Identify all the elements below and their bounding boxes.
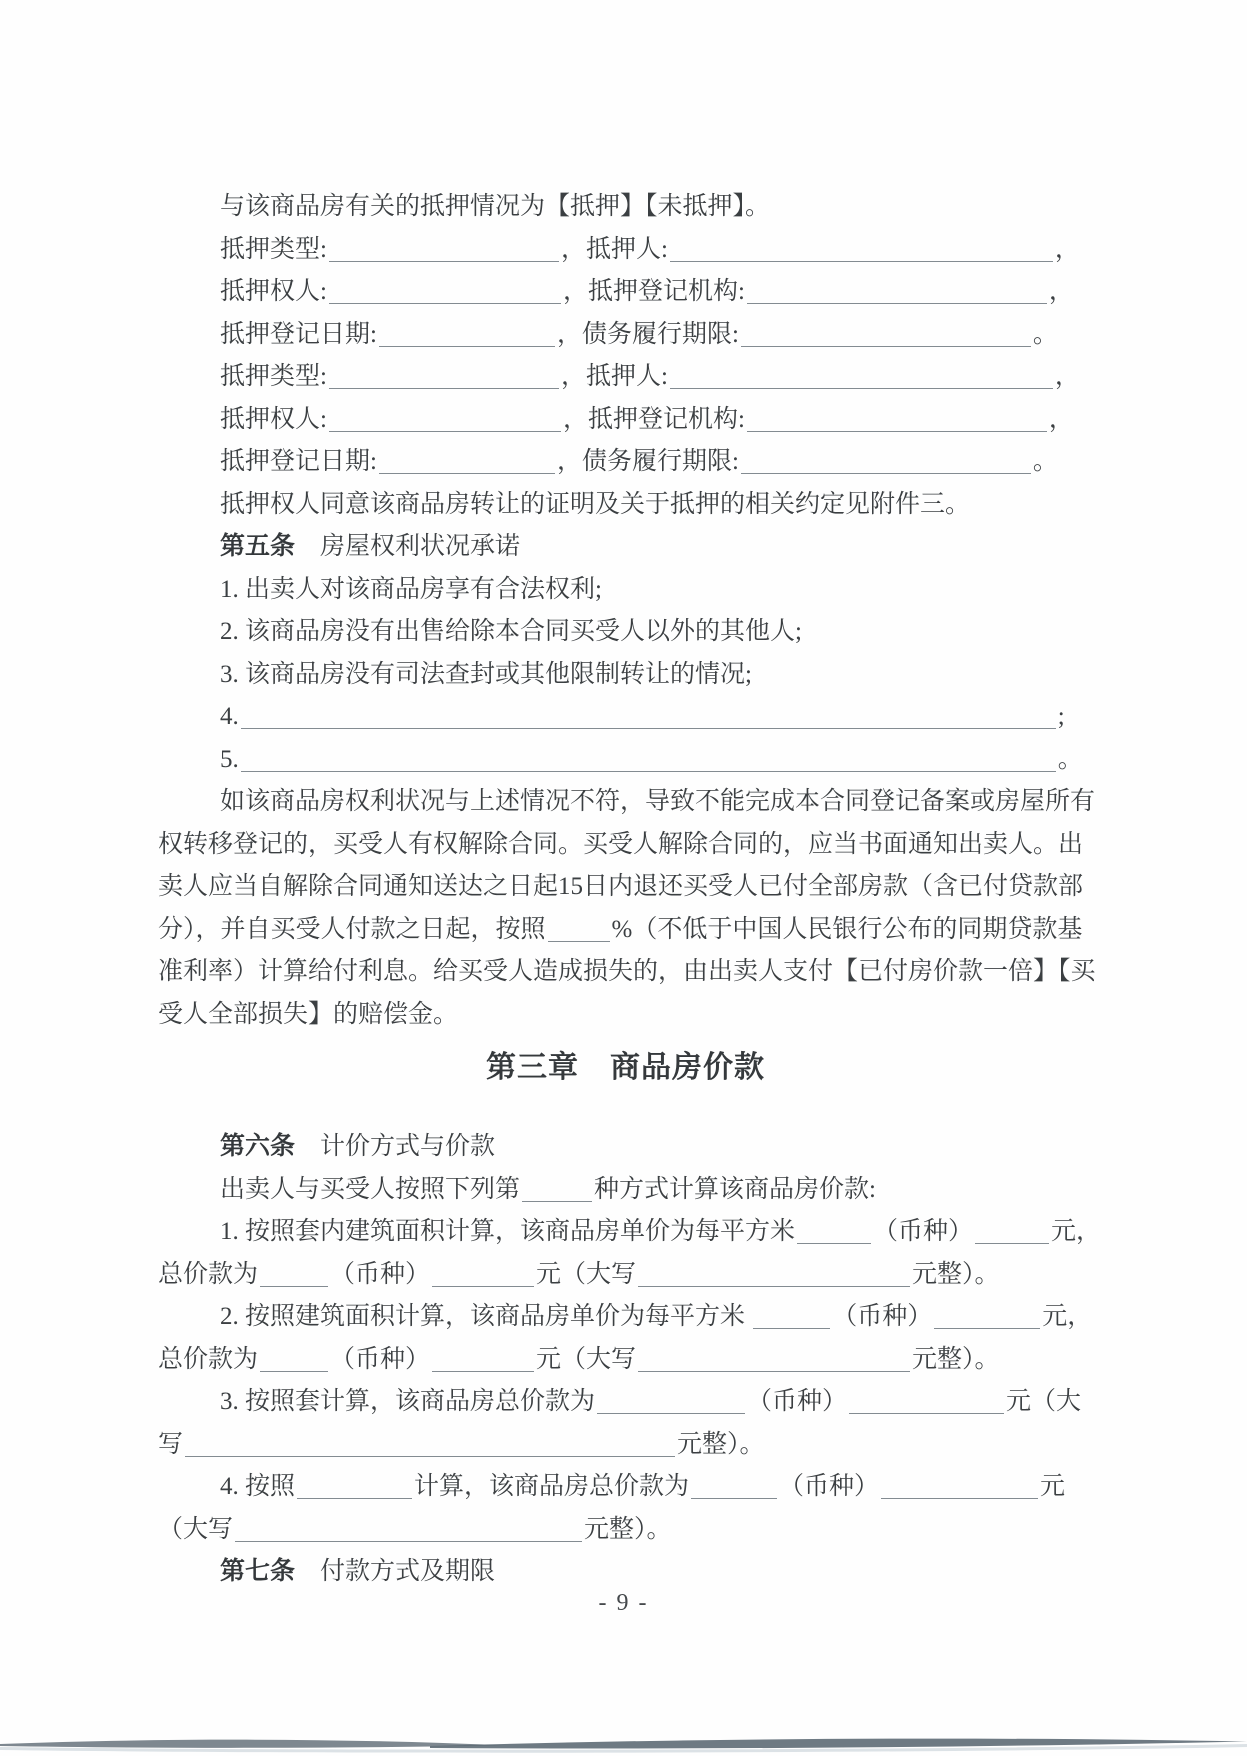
- document-line: 与该商品房有关的抵押情况为【抵押】【未抵押】。: [158, 186, 1093, 229]
- document-line: 第七条 付款方式及期限: [158, 1551, 1093, 1594]
- blank-field: [753, 1308, 830, 1329]
- text-segment: （币种）: [779, 1473, 879, 1500]
- text-segment: 5.: [220, 746, 239, 773]
- text-segment: 元，: [1051, 1218, 1101, 1245]
- text-segment: 第五条: [220, 533, 295, 560]
- text-segment: 元整）。: [912, 1346, 1000, 1373]
- blank-field: [329, 283, 561, 304]
- text-segment: ，抵押人:: [561, 363, 668, 390]
- blank-field: [638, 1351, 910, 1372]
- blank-field: [747, 283, 1047, 304]
- text-segment: 准利率）计算给付利息。给买受人造成损失的，由出卖人支付【已付房价款一倍】【买: [158, 958, 1096, 985]
- text-segment: 第六条: [220, 1133, 295, 1160]
- text-segment: （大写: [158, 1516, 233, 1543]
- text-segment: （币种）: [330, 1261, 430, 1288]
- document-line: 抵押类型:，抵押人:，: [158, 229, 1093, 272]
- text-segment: 总价款为: [158, 1346, 258, 1373]
- document-line: 分），并自买受人付款之日起，按照%（不低于中国人民银行公布的同期贷款基: [158, 909, 1093, 952]
- text-segment: 3. 该商品房没有司法查封或其他限制转让的情况;: [220, 661, 752, 688]
- document-line: 3. 该商品房没有司法查封或其他限制转让的情况;: [158, 654, 1093, 697]
- document-line: 2. 该商品房没有出售给除本合同买受人以外的其他人;: [158, 611, 1093, 654]
- document-line: 抵押登记日期:，债务履行期限:。: [158, 441, 1093, 484]
- document-line: 写元整）。: [158, 1424, 1093, 1467]
- document-line: 受人全部损失】的赔偿金。: [158, 994, 1093, 1037]
- blank-field: [849, 1393, 1004, 1414]
- blank-field: [522, 1181, 592, 1202]
- blank-field: [670, 368, 1053, 389]
- text-segment: 4.: [220, 703, 239, 730]
- document-line: 1. 按照套内建筑面积计算，该商品房单价为每平方米（币种）元，: [158, 1211, 1093, 1254]
- document-line: 如该商品房权利状况与上述情况不符，导致不能完成本合同登记备案或房屋所有: [158, 781, 1093, 824]
- text-segment: ，抵押登记机构:: [563, 278, 745, 305]
- document-line: 权转移登记的，买受人有权解除合同。买受人解除合同的，应当书面通知出卖人。出: [158, 824, 1093, 867]
- blank-field: [691, 1478, 777, 1499]
- text-segment: 受人全部损失】的赔偿金。: [158, 1001, 458, 1028]
- blank-field: [260, 1266, 328, 1287]
- document-line: 抵押类型:，抵押人:，: [158, 356, 1093, 399]
- page-number: - 9 -: [0, 1590, 1247, 1617]
- text-segment: 元（大写: [536, 1261, 636, 1288]
- blank-field: [747, 411, 1047, 432]
- text-segment: 卖人应当自解除合同通知送达之日起15日内退还买受人已付全部房款（含已付贷款部: [158, 873, 1083, 900]
- document-line: 抵押登记日期:，债务履行期限:。: [158, 314, 1093, 357]
- text-segment: ，: [1049, 278, 1074, 305]
- text-segment: 与该商品房有关的抵押情况为【抵押】【未抵押】。: [220, 193, 770, 220]
- document-line: 4. 按照计算，该商品房总价款为（币种）元: [158, 1466, 1093, 1509]
- document-line: 3. 按照套计算，该商品房总价款为（币种）元（大: [158, 1381, 1093, 1424]
- blank-field: [185, 1436, 675, 1457]
- text-segment: ，抵押登记机构:: [563, 406, 745, 433]
- document-line: 1. 出卖人对该商品房享有合法权利;: [158, 569, 1093, 612]
- blank-field: [548, 921, 610, 942]
- text-segment: 元（大写: [536, 1346, 636, 1373]
- text-segment: 元: [1040, 1473, 1065, 1500]
- blank-field: [297, 1478, 412, 1499]
- text-segment: ，抵押人:: [561, 236, 668, 263]
- text-segment: 计价方式与价款: [295, 1133, 495, 1160]
- blank-field: [260, 1351, 328, 1372]
- blank-field: [881, 1478, 1038, 1499]
- text-segment: 抵押权人:: [220, 278, 327, 305]
- text-segment: ，: [1055, 363, 1080, 390]
- text-segment: 抵押权人:: [220, 406, 327, 433]
- blank-field: [741, 453, 1031, 474]
- document-line: 抵押权人:，抵押登记机构:，: [158, 271, 1093, 314]
- contract-page: 与该商品房有关的抵押情况为【抵押】【未抵押】。抵押类型:，抵押人:，抵押权人:，…: [0, 0, 1247, 1756]
- text-segment: 分），并自买受人付款之日起，按照: [158, 916, 546, 943]
- document-line: 出卖人与买受人按照下列第种方式计算该商品房价款:: [158, 1169, 1093, 1212]
- text-segment: 。: [1033, 321, 1058, 348]
- document-line: 2. 按照建筑面积计算，该商品房单价为每平方米 （币种）元，: [158, 1296, 1093, 1339]
- blank-field: [329, 368, 559, 389]
- blank-field: [329, 241, 559, 262]
- text-segment: 抵押类型:: [220, 363, 327, 390]
- text-segment: ，债务履行期限:: [557, 321, 739, 348]
- document-line: 第五条 房屋权利状况承诺: [158, 526, 1093, 569]
- text-segment: 。: [1033, 448, 1058, 475]
- document-line: 5.。: [158, 739, 1093, 782]
- text-segment: 出卖人与买受人按照下列第: [220, 1176, 520, 1203]
- text-segment: 元整）。: [912, 1261, 1000, 1288]
- text-segment: 4. 按照: [220, 1473, 295, 1500]
- blank-field: [241, 708, 1056, 729]
- text-segment: 计算，该商品房总价款为: [414, 1473, 689, 1500]
- text-segment: ，: [1049, 406, 1074, 433]
- blank-field: [670, 241, 1053, 262]
- blank-field: [235, 1521, 582, 1542]
- text-segment: 元整）。: [584, 1516, 672, 1543]
- text-segment: （币种）: [747, 1388, 847, 1415]
- blank-field: [379, 326, 555, 347]
- document-body: 与该商品房有关的抵押情况为【抵押】【未抵押】。抵押类型:，抵押人:，抵押权人:，…: [158, 186, 1093, 1594]
- blank-field: [379, 453, 555, 474]
- text-segment: ;: [1058, 703, 1065, 730]
- text-segment: 元，: [1042, 1303, 1092, 1330]
- blank-field: [797, 1223, 871, 1244]
- text-segment: 如该商品房权利状况与上述情况不符，导致不能完成本合同登记备案或房屋所有: [220, 788, 1095, 815]
- document-line: 总价款为（币种）元（大写元整）。: [158, 1339, 1093, 1382]
- text-segment: 房屋权利状况承诺: [295, 533, 520, 560]
- text-segment: %（不低于中国人民银行公布的同期贷款基: [612, 916, 1083, 943]
- document-line: 准利率）计算给付利息。给买受人造成损失的，由出卖人支付【已付房价款一倍】【买: [158, 951, 1093, 994]
- blank-field: [432, 1351, 534, 1372]
- document-line: 抵押权人同意该商品房转让的证明及关于抵押的相关约定见附件三。: [158, 484, 1093, 527]
- scan-edge-artifact: [0, 1732, 1247, 1756]
- document-line: 卖人应当自解除合同通知送达之日起15日内退还买受人已付全部房款（含已付贷款部: [158, 866, 1093, 909]
- document-line: （大写元整）。: [158, 1509, 1093, 1552]
- document-line: 4.;: [158, 696, 1093, 739]
- text-segment: 总价款为: [158, 1261, 258, 1288]
- text-segment: 抵押类型:: [220, 236, 327, 263]
- document-line: 第六条 计价方式与价款: [158, 1126, 1093, 1169]
- text-segment: 1. 按照套内建筑面积计算，该商品房单价为每平方米: [220, 1218, 795, 1245]
- text-segment: ，债务履行期限:: [557, 448, 739, 475]
- chapter-heading: 第三章 商品房价款: [158, 1044, 1093, 1092]
- text-segment: 第三章 商品房价款: [486, 1051, 765, 1084]
- text-segment: 抵押登记日期:: [220, 448, 377, 475]
- text-segment: ，: [1055, 236, 1080, 263]
- text-segment: （币种）: [330, 1346, 430, 1373]
- blank-field: [432, 1266, 534, 1287]
- text-segment: 权转移登记的，买受人有权解除合同。买受人解除合同的，应当书面通知出卖人。出: [158, 831, 1083, 858]
- text-segment: （币种）: [873, 1218, 973, 1245]
- text-segment: 种方式计算该商品房价款:: [594, 1176, 876, 1203]
- text-segment: 抵押登记日期:: [220, 321, 377, 348]
- text-segment: 元整）。: [677, 1431, 765, 1458]
- text-segment: 元（大: [1006, 1388, 1081, 1415]
- blank-field: [638, 1266, 910, 1287]
- text-segment: （币种）: [832, 1303, 932, 1330]
- text-segment: 第七条: [220, 1558, 295, 1585]
- blank-field: [934, 1308, 1040, 1329]
- blank-field: [329, 411, 561, 432]
- blank-field: [975, 1223, 1049, 1244]
- document-line: 总价款为（币种）元（大写元整）。: [158, 1254, 1093, 1297]
- text-segment: 3. 按照套计算，该商品房总价款为: [220, 1388, 595, 1415]
- text-segment: 2. 按照建筑面积计算，该商品房单价为每平方米: [220, 1303, 751, 1330]
- blank-field: [597, 1393, 745, 1414]
- blank-field: [741, 326, 1031, 347]
- text-segment: 2. 该商品房没有出售给除本合同买受人以外的其他人;: [220, 618, 802, 645]
- document-line: 抵押权人:，抵押登记机构:，: [158, 399, 1093, 442]
- text-segment: 。: [1058, 746, 1083, 773]
- text-segment: 抵押权人同意该商品房转让的证明及关于抵押的相关约定见附件三。: [220, 491, 970, 518]
- text-segment: 1. 出卖人对该商品房享有合法权利;: [220, 576, 602, 603]
- text-segment: 写: [158, 1431, 183, 1458]
- text-segment: 付款方式及期限: [295, 1558, 495, 1585]
- blank-field: [241, 751, 1056, 772]
